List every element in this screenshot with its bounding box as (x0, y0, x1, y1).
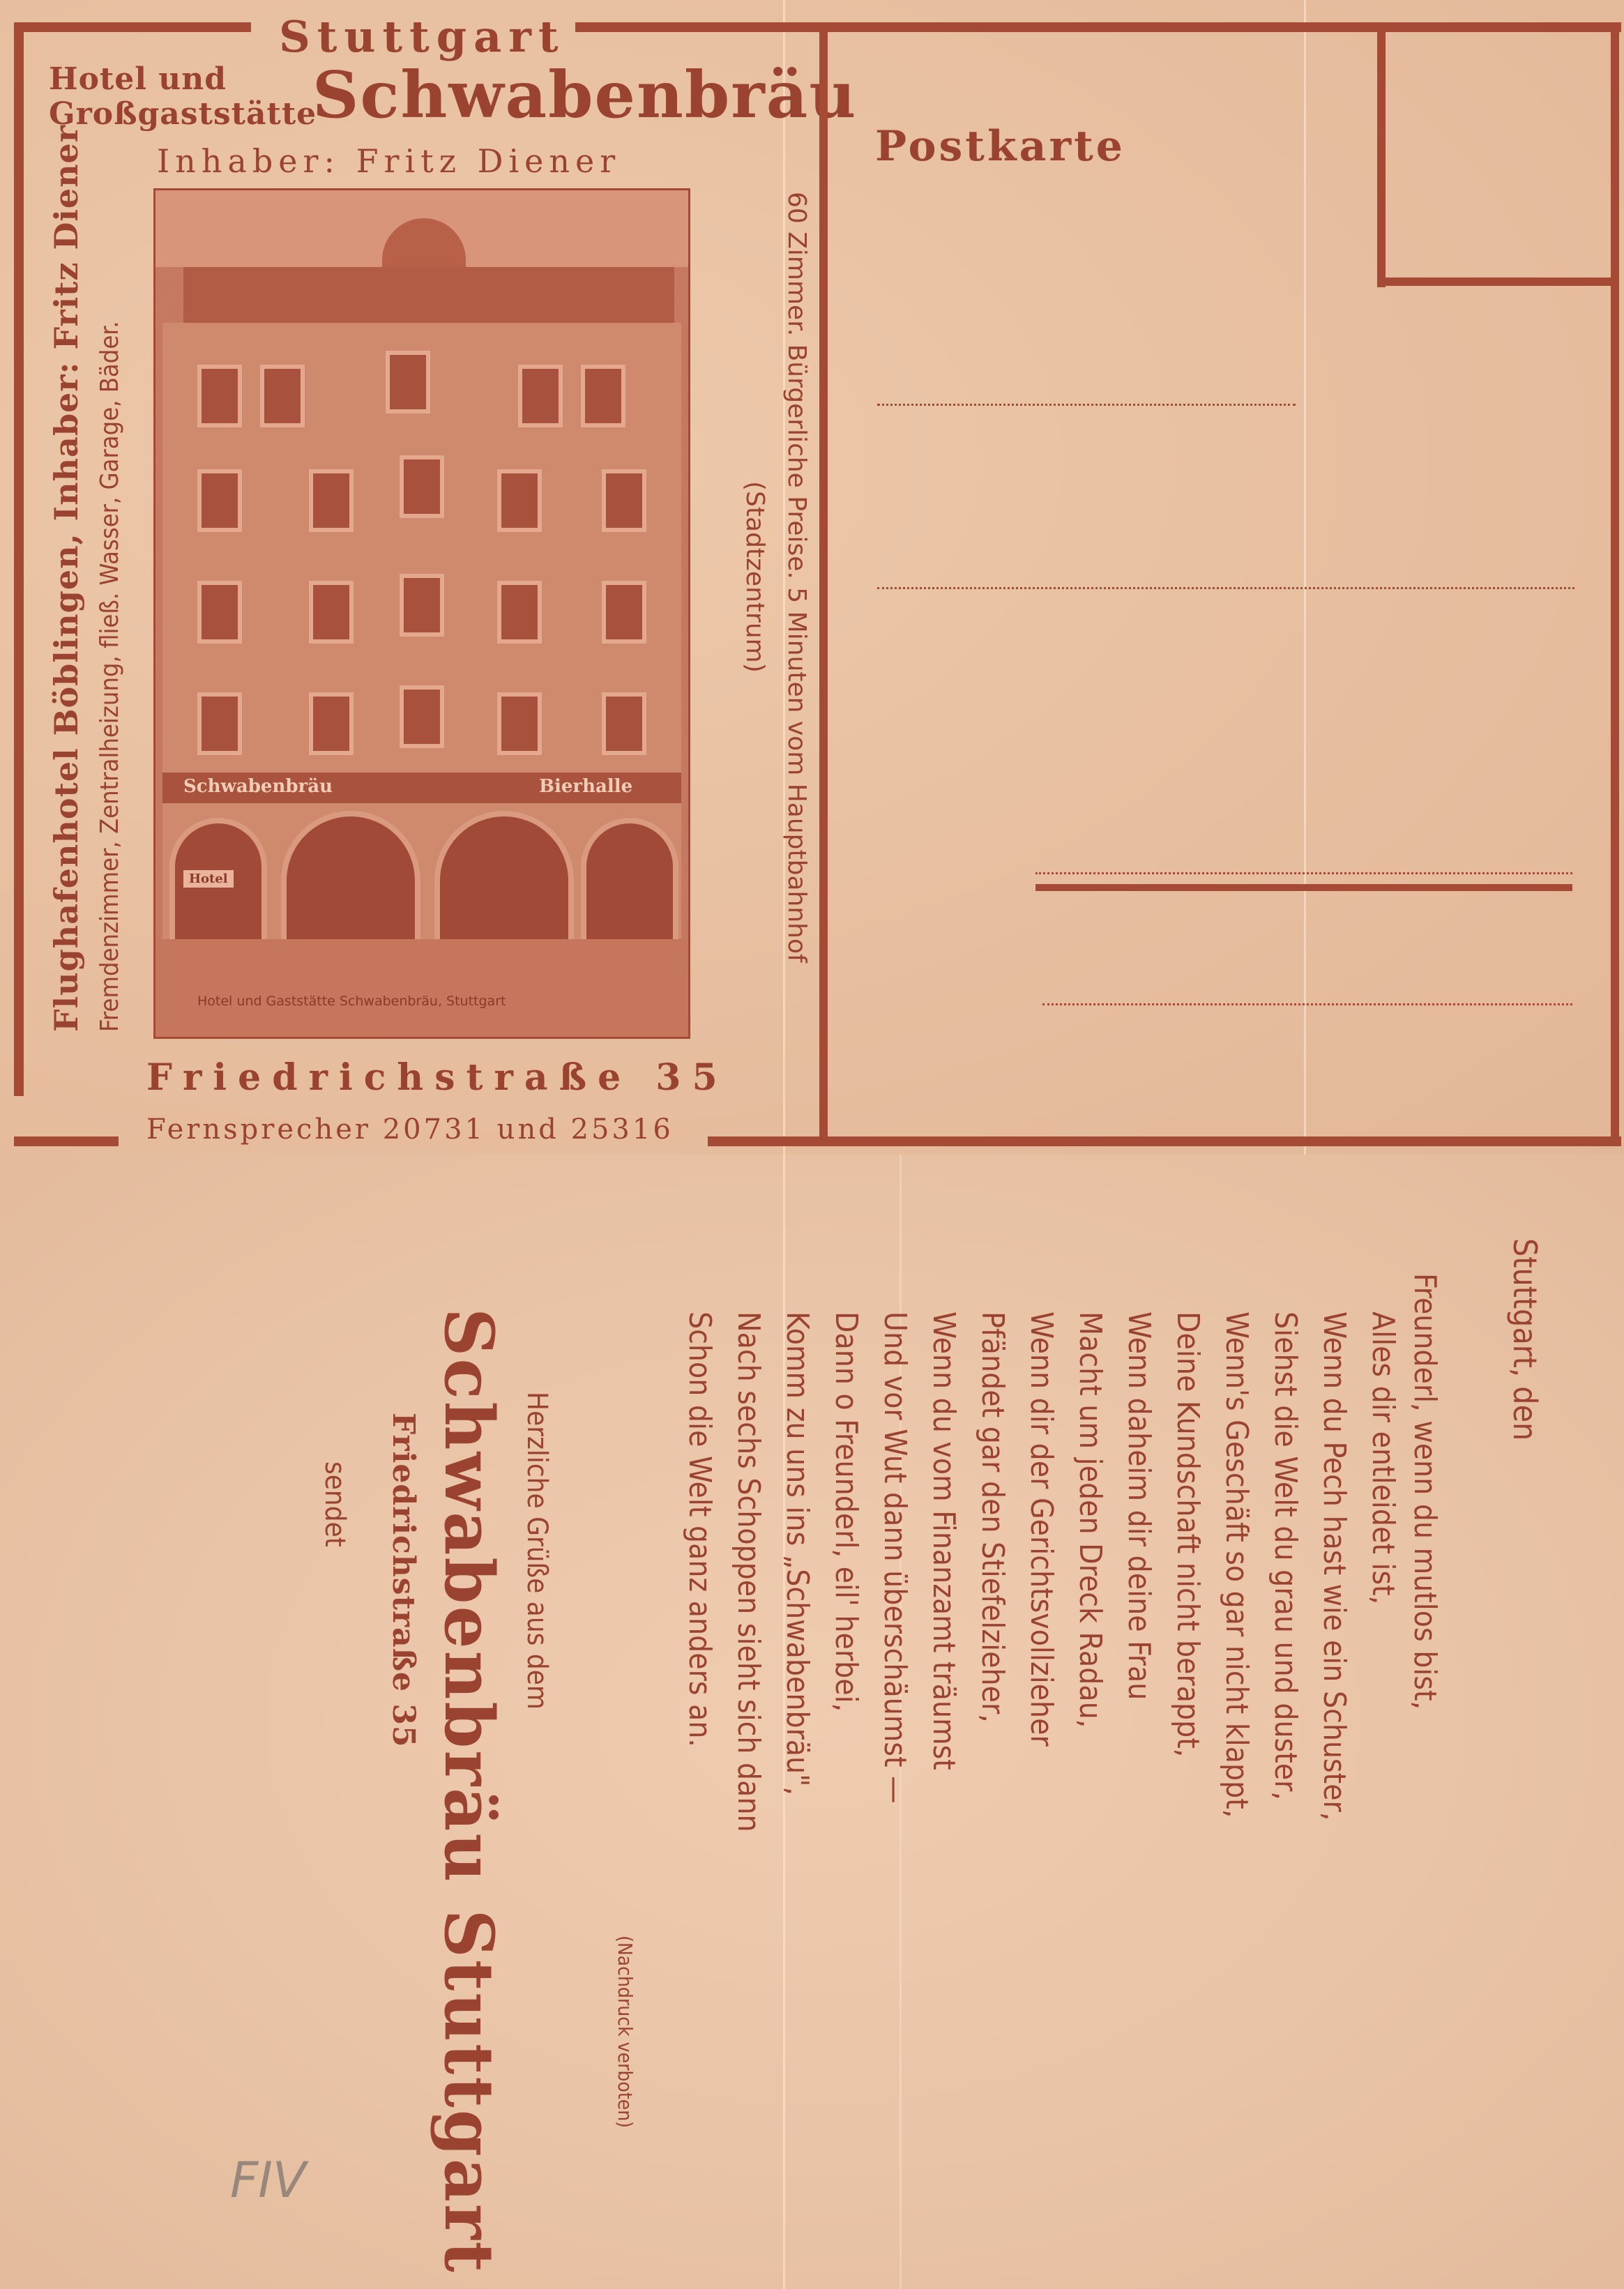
brand-city-heading: Schwabenbräu Stuttgart (435, 1308, 502, 2274)
poem-line: Alles dir entleidet ist, (1367, 1311, 1398, 1604)
rooms-prices-line: 60 Zimmer. Bürgerliche Preise. 5 Minuten… (784, 192, 809, 963)
address-line-1[interactable] (877, 404, 1296, 406)
fold-crease (1304, 0, 1306, 1155)
poem-line: Wenn dir der Gerichtsvollzieher (1026, 1311, 1056, 1747)
poem-line: Deine Kundschaft nicht berappt, (1172, 1311, 1203, 1757)
address-line-2[interactable] (877, 587, 1574, 589)
poem-line: Wenn daheim dir deine Frau (1123, 1311, 1154, 1700)
bottom-border-left (14, 1136, 119, 1146)
stamp-box-left (1377, 22, 1386, 287)
back-street-address: Friedrichstraße 35 (388, 1413, 418, 1748)
postcard-back: Stuttgart, den Freunderl, wenn du mutlos… (0, 1155, 1624, 2289)
poem-line: Schon die Welt ganz anders an. (684, 1311, 715, 1747)
poem-line: Nach sechs Schoppen sieht sich dann (733, 1311, 764, 1832)
poem-line: Freunderl, wenn du mutlos bist, (1409, 1273, 1440, 1710)
copyright-note: (Nachdruck verboten) (615, 1936, 635, 2128)
photo-sign-right: Bierhalle (539, 776, 632, 797)
photo-sign-left: Schwabenbräu (183, 776, 333, 797)
greeting-line: Herzliche Grüße aus dem (523, 1392, 551, 1710)
poem-line: Wenn du Pech hast wie ein Schuster, (1319, 1311, 1349, 1820)
sender-line: sendet (321, 1461, 349, 1547)
top-border-left (14, 22, 251, 32)
address-line-4[interactable] (1042, 1003, 1572, 1005)
poem-line: Macht um jeden Dreck Radau, (1075, 1311, 1105, 1728)
photo-caption: Hotel und Gaststätte Schwabenbräu, Stutt… (197, 994, 506, 1009)
bottom-border-right (708, 1136, 1621, 1146)
phone-numbers: Fernsprecher 20731 und 25316 (146, 1116, 674, 1143)
postcard-front: Stuttgart Hotel und Großgaststätte Schwa… (0, 0, 1624, 1155)
hotel-label-line1: Hotel und (49, 64, 227, 95)
left-border-line (14, 22, 24, 1096)
top-border-right (575, 22, 1621, 32)
hotel-photo: Schwabenbräu Bierhalle Hotel Hotel und G… (153, 188, 690, 1039)
poem-line: Siehst die Welt du grau und duster, (1270, 1311, 1300, 1800)
amenities-line: Fremdenzimmer, Zentralheizung, fließ. Wa… (98, 321, 123, 1032)
poem-line: Wenn du vom Finanzamt träumst (928, 1311, 959, 1770)
poem-line: Komm zu uns ins „Schwabenbräu", (782, 1311, 812, 1795)
address-underline (1035, 884, 1572, 891)
city-centre-line: (Stadtzentrum) (742, 481, 767, 673)
photo-door-sign: Hotel (183, 870, 234, 888)
hotel-label-line2: Großgaststätte (49, 99, 317, 130)
right-border-line (1611, 22, 1619, 1146)
poem-line: Dann o Freunderl, eil' herbei, (830, 1311, 861, 1712)
poem-line: Pfändet gar den Stiefelzieher, (977, 1311, 1008, 1723)
address-line-3[interactable] (1035, 872, 1572, 874)
street-address: Friedrichstraße 35 (146, 1060, 729, 1096)
poem-line: Wenn's Geschäft so gar nicht klappt, (1221, 1311, 1252, 1818)
pencil-annotation: FIV (230, 2152, 306, 2209)
address-side-divider (819, 22, 828, 1146)
postcard-label: Postkarte (875, 126, 1125, 167)
place-date-line: Stuttgart, den (1509, 1238, 1541, 1440)
owner-line: Inhaber: Fritz Diener (157, 145, 621, 177)
poem-line: Und vor Wut dann überschäumst — (879, 1311, 910, 1804)
brand-name: Schwabenbräu (312, 63, 857, 127)
airport-hotel-line: Flughafenhotel Böblingen, Inhaber: Fritz… (50, 125, 82, 1032)
stamp-box-bottom (1377, 277, 1614, 286)
city-heading: Stuttgart (279, 15, 566, 59)
